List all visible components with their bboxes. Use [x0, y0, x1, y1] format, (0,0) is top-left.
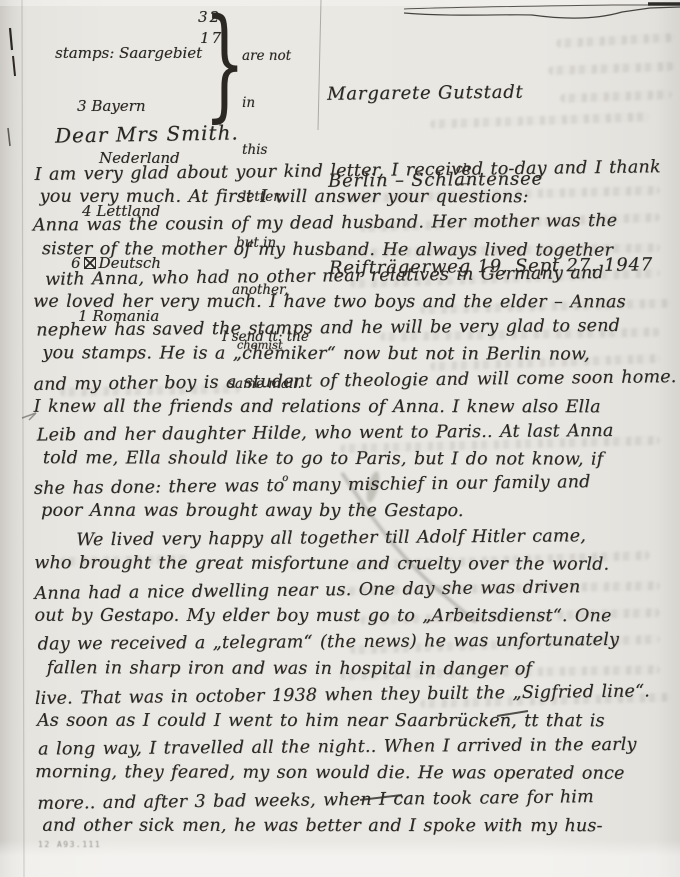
body-line: you stamps. He is a chemist„chemiker“ no…	[42, 340, 675, 368]
marginal-note-line: this	[242, 143, 309, 159]
faint-print-mark: 12 A93.111	[38, 840, 101, 849]
body-line: Leib and her daughter Hilde, who went to…	[37, 417, 676, 448]
margin-pen-stroke	[10, 28, 12, 50]
letter-scan-page: stamps: Saargebiet 3 Bayern Nederland 4 …	[0, 0, 680, 877]
torn-edge-line	[404, 5, 680, 9]
stamps-list-row: 3 Bayern	[77, 98, 202, 116]
body-line: out by Gestapo. My elder boy must go to …	[35, 603, 677, 630]
stamps-heading: stamps:	[55, 44, 119, 62]
body-line: Anna was the cousin of my dead husband. …	[33, 208, 675, 239]
body-line: morning, they feared, my son would die. …	[35, 759, 677, 787]
grouping-brace: }	[204, 6, 245, 119]
salutation: Dear Mrs Smith.	[55, 120, 239, 147]
left-fold-line	[22, 0, 24, 877]
body-line: live. That was in october 1938 when they…	[35, 678, 677, 712]
torn-edge-line	[404, 7, 680, 18]
body-line: day we received a „telegram“ (the news) …	[38, 627, 677, 658]
stamp-country: Bayern	[91, 97, 145, 115]
body-line: poor Anna was brought away by the Gestap…	[41, 498, 676, 525]
body-line: We lived very happy all together till Ad…	[76, 522, 676, 553]
body-line: As soon as I could I went to him near Sa…	[37, 708, 677, 735]
quoted-word-with-note: chemist„chemiker“	[233, 344, 336, 364]
body-line-segment: you stamps. He is a	[42, 343, 232, 363]
marginal-note-line: in	[242, 96, 309, 112]
margin-pen-stroke	[13, 56, 15, 76]
body-line: nephew has saved the stamps and he will …	[36, 313, 675, 344]
interline-annotation: o	[282, 466, 288, 492]
letter-body: I am very glad about your kind letter, I…	[33, 157, 678, 841]
body-line-segment: now but not in Berlin now,	[336, 344, 590, 365]
body-line-segment: she has done: there was to	[34, 476, 285, 499]
body-line: and my other boy is a student of theolog…	[33, 364, 675, 398]
body-line-segment: many mischief in our family and	[284, 472, 590, 496]
margin-pen-stroke	[8, 128, 10, 146]
body-line: and other sick men, he was better and I …	[42, 812, 677, 839]
interline-annotation: chemist	[237, 332, 283, 358]
body-line: I knew all the friends and relations of …	[34, 393, 676, 420]
body-line: we loved her very much. I have two boys …	[33, 289, 675, 316]
vertical-crease	[318, 0, 321, 130]
stamp-country: Saargebiet	[119, 44, 202, 62]
body-line: with Anna, who had no other near relativ…	[45, 259, 675, 293]
body-line: a long way, I travelled all the night.. …	[38, 732, 677, 763]
sender-name: Margarete Gutstadt	[327, 76, 651, 108]
body-line: more.. and after 3 bad weeks, when I can…	[37, 783, 677, 817]
marginal-note-line: are not	[242, 49, 309, 65]
stamp-qty: 3	[77, 97, 87, 115]
stamps-list-row: stamps: Saargebiet	[55, 45, 202, 63]
body-line: you very much. At first I will answer yo…	[40, 184, 675, 211]
